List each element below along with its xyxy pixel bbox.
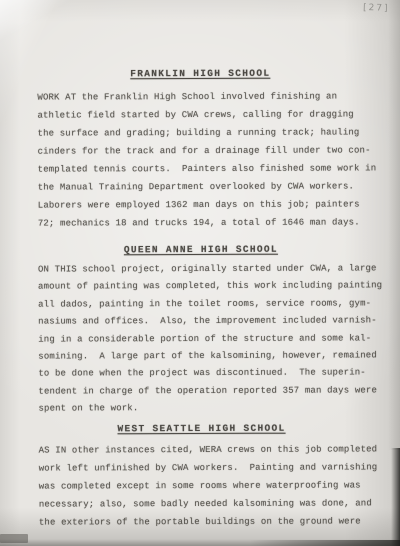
- text-line: tendent in charge of the operation repor…: [38, 382, 383, 401]
- text-line: to be done when the project was disconti…: [38, 365, 383, 384]
- paragraph-west-seattle-1: AS IN other instances cited, WERA crews …: [39, 440, 384, 531]
- text-line: Laborers were employed 1362 man days on …: [38, 195, 383, 214]
- paragraph-queen-anne-1: ON THIS school project, originally start…: [38, 260, 384, 418]
- text-line: the surface and grading; building a runn…: [37, 123, 382, 142]
- text-line: ON THIS school project, originally start…: [38, 260, 383, 279]
- text-line: somining. A large part of the kalsominin…: [38, 347, 383, 366]
- text-line: cinders for the track and for a drainage…: [38, 141, 383, 160]
- text-line: amount of painting was completed, this w…: [38, 278, 383, 297]
- paragraph-franklin-2: Laborers were employed 1362 man days on …: [38, 195, 383, 232]
- text-line: was completed except in some rooms where…: [39, 476, 384, 495]
- scan-edge-dark-bottom-right: [250, 540, 400, 546]
- text-line: spent on the work.: [38, 399, 383, 418]
- text-line: athletic field started by CWA crews, cal…: [37, 105, 382, 124]
- text-line: templated tennis courts. Painters also f…: [38, 159, 383, 178]
- text-line: 72; mechanics 18 and trucks 194, a total…: [38, 213, 383, 232]
- text-line: necessary; also, some badly needed kalso…: [39, 494, 384, 513]
- text-line: AS IN other instances cited, WERA crews …: [39, 440, 384, 459]
- paragraph-franklin-1: WORK AT the Franklin High School involve…: [37, 87, 382, 196]
- text-line: WORK AT the Franklin High School involve…: [37, 87, 382, 106]
- scan-edge-dark-right: [391, 448, 400, 546]
- scanned-document-page: [27] FRANKLIN HIGH SCHOOL WORK AT the Fr…: [0, 0, 400, 546]
- text-line: nasiums and offices. Also, the improveme…: [38, 313, 383, 332]
- text-line: the exteriors of the portable buildings …: [39, 512, 384, 531]
- section-heading-west-seattle-high-school: WEST SEATTLE HIGH SCHOOL: [37, 422, 367, 434]
- section-heading-franklin-high-school: FRANKLIN HIGH SCHOOL: [35, 67, 365, 79]
- scan-edge-shadow-right: [388, 0, 400, 450]
- section-heading-queen-anne-high-school: QUEEN ANNE HIGH SCHOOL: [36, 243, 366, 255]
- typewritten-content: [27] FRANKLIN HIGH SCHOOL WORK AT the Fr…: [0, 0, 400, 546]
- scan-smudge-bottom-left: [0, 534, 28, 543]
- page-number-annotation: [27]: [362, 3, 389, 14]
- text-line: all dados, painting in the toilet rooms,…: [38, 295, 383, 314]
- text-line: ing in a considerable portion of the str…: [38, 330, 383, 349]
- text-line: work left unfinished by CWA workers. Pai…: [39, 458, 384, 477]
- text-line: the Manual Training Department overlooke…: [38, 177, 383, 196]
